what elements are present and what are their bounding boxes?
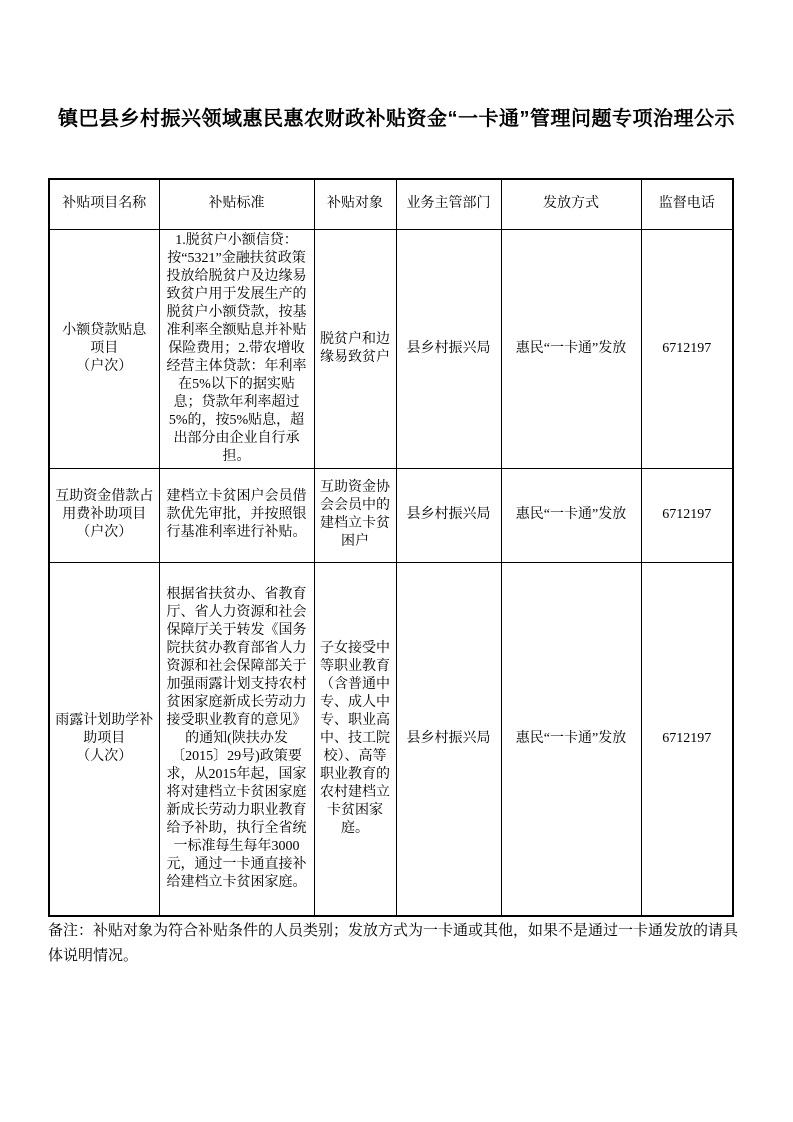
target-cell: 脱贫户和边缘易致贫户 bbox=[314, 229, 396, 468]
header-standard: 补贴标准 bbox=[159, 179, 314, 229]
document-page: 镇巴县乡村振兴领域惠民惠农财政补贴资金“一卡通”管理问题专项治理公示 补贴项目名… bbox=[0, 0, 793, 1122]
table-row: 互助资金借款占 用费补助项目 （户次） 建档立卡贫困户会员借款优先审批，并按照银… bbox=[49, 468, 733, 562]
target-cell: 子女接受中等职业教育（含普通中专、成人中专、职业高中、技工院校）、高等职业教育的… bbox=[314, 562, 396, 916]
department-cell: 县乡村振兴局 bbox=[396, 229, 501, 468]
table-row: 小额贷款贴息 项目 （户次） 1.脱贫户小额信贷：按“5321”金融扶贫政策投放… bbox=[49, 229, 733, 468]
standard-cell: 1.脱贫户小额信贷：按“5321”金融扶贫政策投放给脱贫户及边缘易致贫户用于发展… bbox=[159, 229, 314, 468]
page-title: 镇巴县乡村振兴领域惠民惠农财政补贴资金“一卡通”管理问题专项治理公示 bbox=[0, 106, 793, 132]
method-cell: 惠民“一卡通”发放 bbox=[501, 229, 641, 468]
table-row: 雨露计划助学补 助项目 （人次） 根据省扶贫办、省教育厅、省人力资源和社会保障厅… bbox=[49, 562, 733, 916]
target-cell: 互助资金协会会员中的建档立卡贫困户 bbox=[314, 468, 396, 562]
project-name-cell: 雨露计划助学补 助项目 （人次） bbox=[49, 562, 159, 916]
phone-cell: 6712197 bbox=[641, 562, 733, 916]
header-method: 发放方式 bbox=[501, 179, 641, 229]
standard-cell: 建档立卡贫困户会员借款优先审批，并按照银行基准利率进行补贴。 bbox=[159, 468, 314, 562]
header-department: 业务主管部门 bbox=[396, 179, 501, 229]
department-cell: 县乡村振兴局 bbox=[396, 468, 501, 562]
header-project-name: 补贴项目名称 bbox=[49, 179, 159, 229]
project-name-cell: 互助资金借款占 用费补助项目 （户次） bbox=[49, 468, 159, 562]
table-header-row: 补贴项目名称 补贴标准 补贴对象 业务主管部门 发放方式 监督电话 bbox=[49, 179, 733, 229]
subsidy-table: 补贴项目名称 补贴标准 补贴对象 业务主管部门 发放方式 监督电话 小额贷款贴息… bbox=[48, 178, 734, 917]
project-name-cell: 小额贷款贴息 项目 （户次） bbox=[49, 229, 159, 468]
department-cell: 县乡村振兴局 bbox=[396, 562, 501, 916]
standard-cell: 根据省扶贫办、省教育厅、省人力资源和社会保障厅关于转发《国务院扶贫办教育部省人力… bbox=[159, 562, 314, 916]
header-target: 补贴对象 bbox=[314, 179, 396, 229]
header-phone: 监督电话 bbox=[641, 179, 733, 229]
phone-cell: 6712197 bbox=[641, 468, 733, 562]
footnote: 备注：补贴对象为符合补贴条件的人员类别；发放方式为一卡通或其他，如果不是通过一卡… bbox=[48, 919, 750, 969]
method-cell: 惠民“一卡通”发放 bbox=[501, 468, 641, 562]
phone-cell: 6712197 bbox=[641, 229, 733, 468]
method-cell: 惠民“一卡通”发放 bbox=[501, 562, 641, 916]
